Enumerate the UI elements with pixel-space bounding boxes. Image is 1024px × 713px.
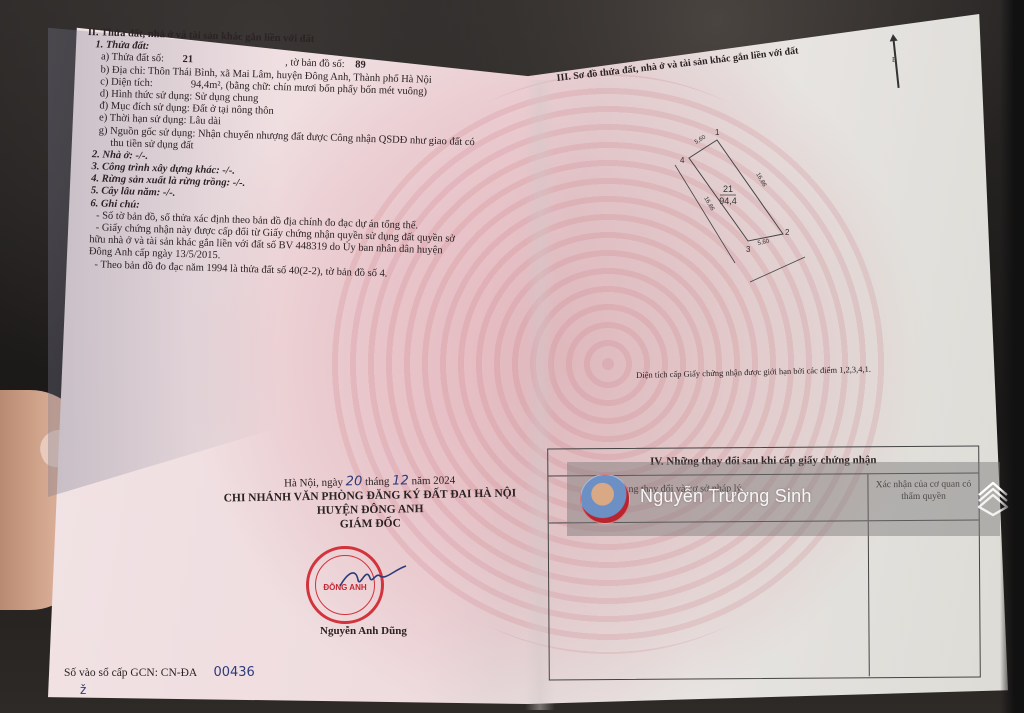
dark-edge <box>1000 0 1024 713</box>
svg-text:94,4: 94,4 <box>719 196 737 206</box>
parcel-diagram: 1 2 3 4 5,60 16,86 5,60 16,86 21 94,4 <box>660 120 810 300</box>
svg-text:5,60: 5,60 <box>757 239 770 247</box>
svg-text:1: 1 <box>715 128 720 137</box>
signer-name: Nguyễn Anh Dũng <box>320 625 407 637</box>
map-sheet-number: 89 <box>347 60 366 72</box>
svg-text:5,60: 5,60 <box>694 134 708 146</box>
poster-name[interactable]: Nguyễn Trường Sinh <box>640 486 812 507</box>
changes-body <box>549 521 980 679</box>
svg-text:2: 2 <box>785 228 790 237</box>
registry-number: 00436 <box>213 665 254 680</box>
north-label: B <box>892 56 897 64</box>
signature-icon <box>338 562 408 592</box>
month: 12 <box>392 473 409 488</box>
svg-text:16,86: 16,86 <box>702 196 715 213</box>
parcel-details: II. Thửa đất, nhà ở và tài sản khác gắn … <box>80 26 478 282</box>
registry-initials: ž <box>80 683 86 697</box>
svg-text:16,86: 16,86 <box>754 172 767 189</box>
svg-text:4: 4 <box>680 156 685 165</box>
day: 20 <box>346 474 363 489</box>
svg-text:21: 21 <box>723 184 733 194</box>
user-avatar[interactable] <box>580 474 630 524</box>
registry-number-row: Số vào sổ cấp GCN: CN-ĐA 00436 <box>64 665 255 680</box>
term: Lâu dài <box>189 116 221 128</box>
signing-block: Hà Nội, ngày 20 tháng 12 năm 2024 CHI NH… <box>200 471 541 534</box>
svg-text:3: 3 <box>746 245 751 254</box>
